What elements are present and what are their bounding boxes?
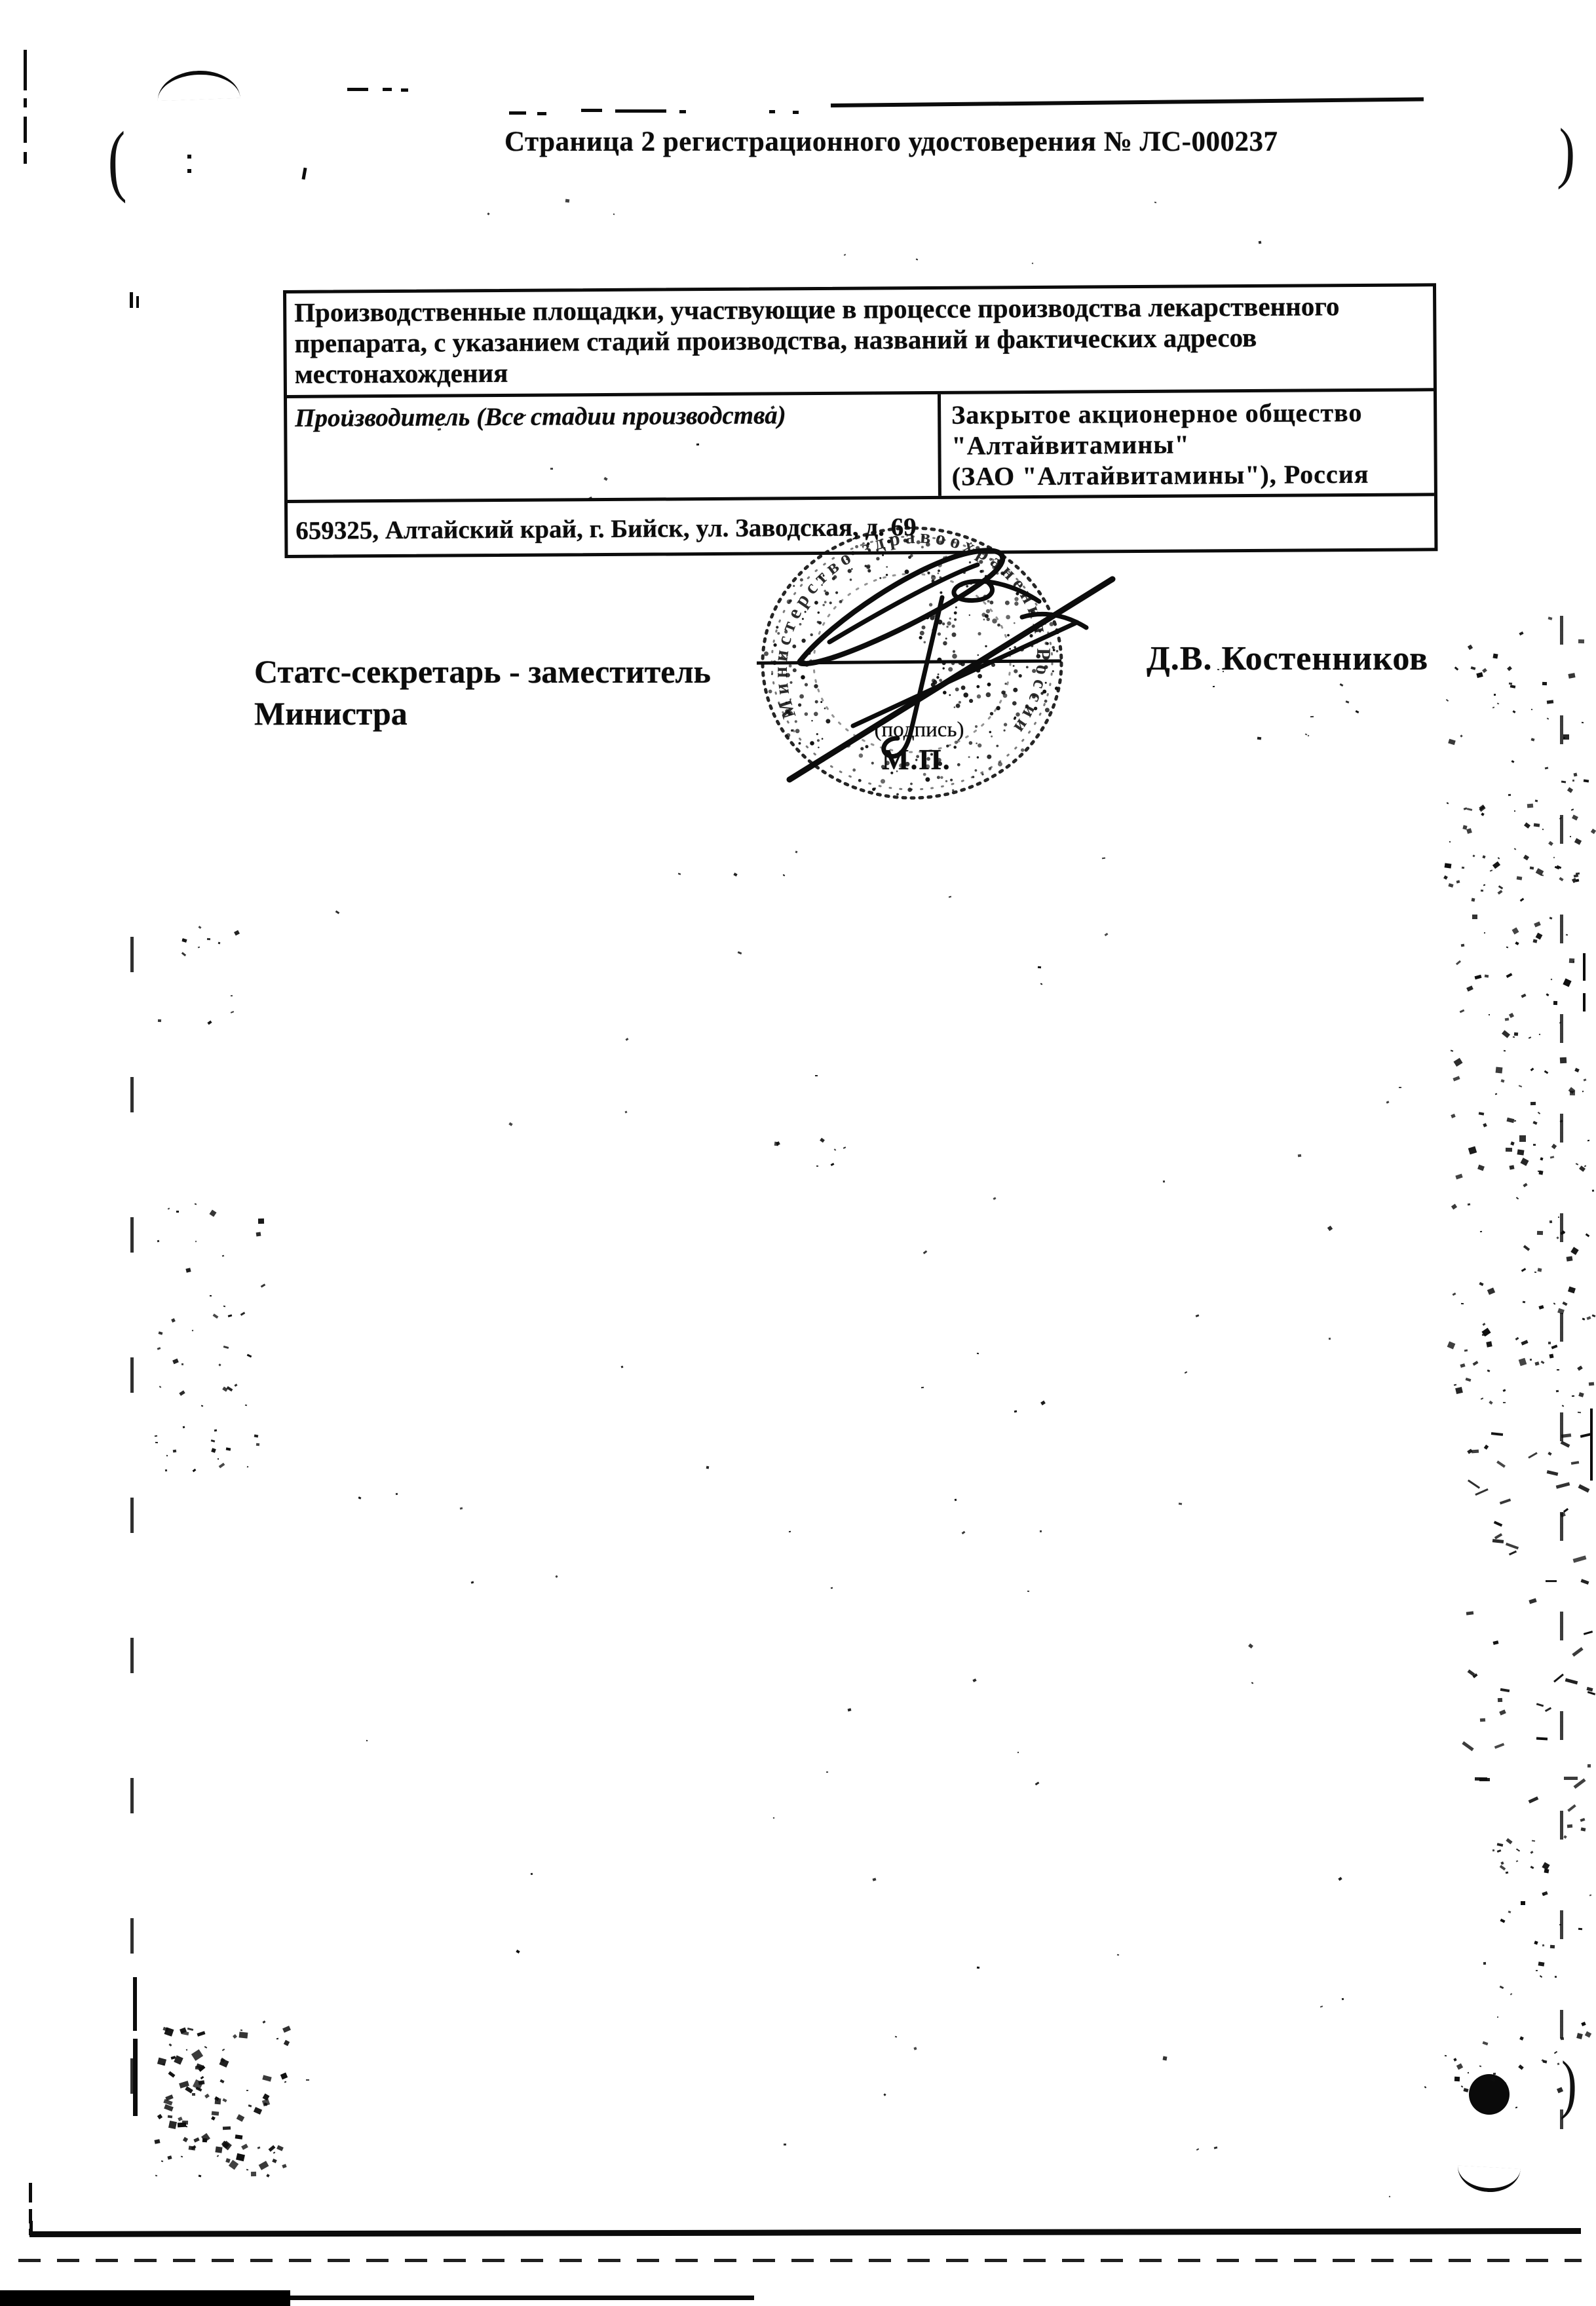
- scan-speck: [256, 1443, 259, 1446]
- scan-speck: [1529, 1598, 1536, 1604]
- scan-speck: [1555, 1976, 1557, 1978]
- scan-speck: [1562, 1405, 1565, 1407]
- scan-speck: [240, 1312, 246, 1315]
- scan-speck: [155, 1442, 158, 1443]
- scan-speck: [1519, 2036, 1524, 2041]
- scan-speck: [1497, 703, 1499, 705]
- scan-speck: [1534, 1361, 1539, 1365]
- scan-speck: [1533, 939, 1538, 943]
- scan-speck: [1454, 666, 1459, 670]
- scan-speck: [1456, 880, 1460, 883]
- scan-speck: [366, 1740, 368, 1742]
- scan-speck: [1496, 1460, 1506, 1467]
- scan-speck: [1483, 1962, 1486, 1965]
- scan-speck: [1563, 978, 1571, 987]
- scan-speck: [1468, 1203, 1471, 1206]
- scan-speck: [1500, 1986, 1504, 1989]
- scan-speck: [1553, 857, 1555, 859]
- scan-speck: [241, 2144, 248, 2150]
- scan-speck: [993, 1197, 997, 1200]
- scan-speck: [1548, 616, 1553, 620]
- scan-speck: [1532, 1121, 1537, 1125]
- scan-speck: [199, 2175, 202, 2178]
- scan-speck: [1538, 1170, 1543, 1175]
- scan-speck: [789, 1531, 791, 1532]
- scan-speck: [1573, 1555, 1587, 1562]
- scan-speck: [176, 1211, 179, 1213]
- scan-speck: [1468, 1479, 1480, 1488]
- scan-speck: [1561, 781, 1566, 784]
- scan-speck: [1446, 699, 1449, 702]
- scan-speck: [1466, 828, 1472, 834]
- scan-speck: [1481, 890, 1483, 892]
- scan-speck: [1506, 1872, 1509, 1874]
- scan-speck: [1346, 700, 1350, 704]
- scan-speck: [1557, 1369, 1559, 1370]
- scan-speck: [1040, 1530, 1042, 1532]
- scan-dash-segment: [383, 88, 392, 91]
- scan-speck: [1571, 808, 1574, 810]
- scan-speck: [1489, 1401, 1492, 1405]
- scan-speck: [1551, 1345, 1558, 1350]
- scan-speck: [284, 2040, 290, 2046]
- scan-speck: [913, 2047, 917, 2050]
- scan-speck: [1468, 1146, 1477, 1155]
- scan-speck: [1506, 973, 1513, 978]
- scan-speck: [187, 2028, 193, 2031]
- scan-speck: [280, 2073, 288, 2080]
- scan-speck: [1591, 829, 1596, 834]
- scan-speck: [1519, 1358, 1527, 1367]
- scan-speck: [1498, 885, 1504, 889]
- scan-speck: [531, 1873, 533, 1875]
- scan-speck: [1530, 1068, 1534, 1071]
- scan-speck: [1550, 1945, 1555, 1948]
- scan-speck: [1576, 873, 1580, 875]
- scan-speck: [843, 1146, 846, 1149]
- scan-speck: [276, 2038, 278, 2040]
- scan-dash-segment: [769, 110, 775, 113]
- scan-speck: [1549, 1220, 1552, 1223]
- scan-speck: [1551, 979, 1553, 981]
- scan-speck: [1493, 1640, 1499, 1645]
- scan-speck: [1217, 669, 1219, 670]
- scan-speck: [1547, 700, 1554, 704]
- scan-speck: [231, 995, 233, 996]
- scan-speck: [186, 2049, 188, 2051]
- scan-speck: [1547, 1470, 1559, 1476]
- scan-speck: [949, 896, 951, 898]
- scan-speck: [1461, 1303, 1464, 1304]
- scan-speck: [1014, 1410, 1017, 1413]
- scan-speck: [523, 414, 526, 416]
- scan-speck: [1453, 1058, 1462, 1067]
- scan-speck: [1521, 1268, 1527, 1272]
- scan-speck: [848, 1708, 852, 1711]
- scan-speck: [235, 2134, 243, 2139]
- scan-speck: [1506, 1838, 1512, 1844]
- scan-speck: [1389, 2196, 1391, 2198]
- scan-speck: [1582, 1317, 1586, 1320]
- scan-speck: [1529, 1796, 1539, 1804]
- scan-speck: [1509, 1013, 1514, 1018]
- scan-speck: [1451, 1049, 1453, 1051]
- scan-speck: [1460, 734, 1462, 737]
- scan-speck: [1586, 1234, 1590, 1238]
- scan-speck: [921, 1387, 924, 1388]
- scan-speck: [1105, 933, 1109, 936]
- scan-speck: [1587, 1140, 1589, 1142]
- scan-speck: [1560, 1512, 1566, 1517]
- scan-speck: [1566, 934, 1568, 936]
- scan-speck: [1534, 1940, 1538, 1944]
- scan-speck: [165, 1469, 167, 1471]
- scan-speck: [1519, 632, 1523, 635]
- scan-speck: [1515, 1337, 1519, 1340]
- scan-speck: [261, 1283, 266, 1287]
- scan-speck: [1533, 1144, 1536, 1146]
- scan-speck: [1572, 1647, 1583, 1657]
- scan-speck: [349, 409, 352, 413]
- scan-speck: [218, 942, 221, 945]
- scan-speck: [1589, 1382, 1594, 1386]
- scan-speck: [189, 2145, 196, 2150]
- scan-speck: [1483, 1323, 1486, 1326]
- scan-speck: [1567, 1824, 1572, 1828]
- scan-speck: [1456, 960, 1461, 965]
- scan-speck: [1580, 1818, 1586, 1822]
- scan-speck: [1540, 1975, 1542, 1978]
- scan-speck: [1539, 1034, 1540, 1035]
- scan-speck: [193, 2138, 199, 2143]
- scan-speck: [1494, 1533, 1502, 1540]
- scan-speck: [254, 1434, 259, 1437]
- scan-speck: [1563, 734, 1569, 740]
- scan-speck: [1498, 1698, 1502, 1702]
- scan-speck: [1035, 1782, 1040, 1786]
- scan-speck: [1453, 2058, 1456, 2061]
- scan-speck: [181, 2031, 189, 2035]
- scan-speck: [1479, 1112, 1485, 1115]
- scan-speck: [1560, 1120, 1563, 1123]
- scan-speck: [157, 2058, 166, 2066]
- scan-speck: [1491, 1432, 1503, 1436]
- scan-speck: [1492, 861, 1500, 869]
- scan-speck: [155, 2175, 157, 2177]
- scan-speck: [1483, 884, 1486, 886]
- scan-speck: [198, 947, 200, 949]
- scan-speck: [1471, 666, 1476, 670]
- scan-speck: [1546, 993, 1549, 996]
- scan-speck: [164, 2104, 174, 2111]
- scan-speck: [550, 468, 553, 470]
- scan-speck: [1494, 1521, 1502, 1526]
- scan-speck: [1530, 867, 1534, 870]
- scan-speck: [240, 2030, 242, 2032]
- scan-speck: [1561, 2037, 1564, 2040]
- scan-speck: [1520, 1158, 1529, 1166]
- scan-speck: [1521, 1340, 1528, 1346]
- scan-speck: [923, 1250, 928, 1254]
- scan-speck: [1541, 1361, 1545, 1364]
- scan-speck: [1466, 985, 1473, 991]
- scan-speck: [233, 2034, 237, 2039]
- scan-speck: [1534, 823, 1540, 827]
- scan-speck: [1556, 1390, 1559, 1393]
- scan-speck: [1517, 876, 1523, 880]
- scan-speck: [1356, 710, 1359, 713]
- scan-speck: [555, 1575, 558, 1578]
- scan-speck: [1102, 858, 1105, 860]
- scan-speck: [1568, 1287, 1576, 1294]
- scan-speck: [179, 1390, 185, 1396]
- scan-speck: [1453, 1076, 1460, 1081]
- scan-speck: [1487, 1287, 1495, 1295]
- scan-speck: [1492, 653, 1498, 658]
- scan-speck: [228, 1314, 233, 1317]
- scan-speck: [1538, 1268, 1542, 1272]
- scan-speck: [1563, 1835, 1567, 1839]
- scan-speck: [1460, 1363, 1465, 1368]
- scan-speck: [222, 1255, 224, 1257]
- scan-speck: [1557, 2063, 1560, 2066]
- scan-speck: [1483, 1123, 1487, 1127]
- scan-speck: [1495, 1093, 1498, 1095]
- scan-speck: [1040, 983, 1043, 985]
- scan-speck: [1496, 1067, 1503, 1074]
- scan-dash-segment: [615, 109, 666, 113]
- scan-speck: [1308, 735, 1310, 737]
- scan-speck: [200, 2076, 204, 2079]
- scan-speck: [773, 1817, 775, 1819]
- scan-speck: [168, 2115, 172, 2119]
- scan-speck: [1587, 1764, 1591, 1767]
- scan-speck: [1504, 2082, 1507, 2085]
- scan-speck: [185, 1268, 191, 1273]
- scan-speck: [1572, 815, 1578, 821]
- scan-speck: [834, 1148, 837, 1150]
- scan-speck: [158, 1019, 161, 1022]
- scan-dash-segment: [24, 152, 27, 164]
- scan-speck: [1536, 1703, 1544, 1707]
- scan-speck: [1453, 1293, 1456, 1296]
- scan-speck: [213, 1314, 219, 1319]
- scan-speck: [1576, 2033, 1583, 2039]
- scan-speck: [1504, 1050, 1506, 1051]
- scan-speck: [1531, 738, 1535, 741]
- scan-speck: [1506, 946, 1509, 948]
- scan-speck: [1581, 2022, 1586, 2026]
- scan-speck: [603, 477, 607, 481]
- scan-speck: [1542, 682, 1547, 685]
- scan-speck: [1567, 1256, 1573, 1261]
- scan-speck: [696, 444, 699, 445]
- scan-speck: [1589, 1895, 1592, 1897]
- scan-speck: [1572, 780, 1574, 782]
- scan-speck: [1516, 1848, 1520, 1851]
- scan-speck: [1538, 1305, 1544, 1310]
- scan-speck: [1536, 1737, 1548, 1741]
- scan-speck: [1523, 1301, 1525, 1303]
- scan-speck: [1500, 1688, 1510, 1692]
- scan-speck: [1320, 2005, 1323, 2007]
- scan-speck: [1553, 1001, 1557, 1005]
- scan-speck: [1556, 1236, 1559, 1239]
- scan-speck: [154, 2139, 160, 2144]
- scan-speck: [1584, 1165, 1587, 1167]
- scan-speck: [1558, 1217, 1559, 1218]
- scan-speck: [1475, 975, 1482, 979]
- scan-speck: [1584, 1631, 1593, 1635]
- scan-speck: [245, 1405, 247, 1406]
- scan-speck: [273, 2151, 276, 2153]
- scan-speck: [1561, 1433, 1571, 1438]
- scan-speck: [157, 1240, 160, 1243]
- scan-speck: [1542, 829, 1544, 831]
- scan-speck: [247, 1354, 252, 1358]
- scan-speck: [1538, 1961, 1545, 1966]
- scan-speck: [1455, 1174, 1462, 1180]
- scan-speck: [1492, 707, 1495, 709]
- scan-speck: [211, 1448, 216, 1453]
- scan-speck: [266, 2174, 269, 2177]
- scan-speck: [1484, 932, 1485, 934]
- scan-speck: [1553, 1674, 1564, 1683]
- scan-speck: [1486, 1341, 1492, 1347]
- scan-speck: [1544, 1070, 1549, 1074]
- scan-speck: [251, 2172, 256, 2176]
- scan-speck: [1592, 1190, 1594, 1192]
- scan-speck: [1154, 202, 1156, 204]
- scan-speck: [1449, 841, 1451, 843]
- scan-speck: [1468, 645, 1473, 650]
- scan-speck: [1482, 668, 1487, 673]
- scan-speck: [195, 1203, 197, 1205]
- scan-speck: [1570, 1091, 1575, 1095]
- scan-speck: [215, 2146, 222, 2153]
- scan-speck: [1310, 716, 1314, 717]
- scan-speck: [276, 2145, 284, 2151]
- scan-speck: [1574, 773, 1578, 777]
- scan-speck: [1506, 1118, 1514, 1123]
- scan-speck: [1472, 898, 1475, 902]
- scan-speck: [223, 2126, 231, 2130]
- scan-speck: [1536, 1970, 1538, 1971]
- scan-speck: [183, 1426, 185, 1429]
- scan-speck: [1500, 1865, 1506, 1871]
- scan-speck: [219, 2079, 224, 2083]
- scan-speck: [181, 2156, 183, 2158]
- scan-speck: [1578, 639, 1584, 643]
- scan-speck: [831, 1587, 833, 1589]
- scan-speck: [1500, 1498, 1511, 1504]
- scan-speck: [1482, 855, 1485, 858]
- scan-speck: [1473, 1361, 1479, 1366]
- scan-speck: [1578, 1928, 1582, 1931]
- scan-speck: [223, 1346, 229, 1349]
- scan-noise-layer: [0, 0, 1596, 2306]
- scan-speck: [1530, 1866, 1534, 1869]
- scan-speck: [1543, 2060, 1548, 2063]
- scan-speck: [207, 938, 210, 940]
- scan-speck: [1485, 975, 1489, 978]
- scan-speck: [1570, 1247, 1578, 1255]
- scan-speck: [1476, 672, 1483, 678]
- scan-speck: [1498, 857, 1500, 859]
- scan-speck: [1548, 1452, 1551, 1456]
- scan-speck: [1259, 241, 1262, 244]
- scan-speck: [1514, 1032, 1518, 1036]
- scan-speck: [1559, 1924, 1561, 1925]
- scan-speck: [1545, 1707, 1551, 1712]
- scan-speck: [356, 423, 360, 426]
- scan-speck: [1461, 944, 1465, 947]
- scan-speck: [168, 2121, 177, 2129]
- scan-speck: [1505, 1018, 1510, 1021]
- scan-speck: [219, 1463, 225, 1469]
- scan-speck: [1196, 2148, 1199, 2151]
- scan-speck: [795, 851, 798, 854]
- scan-speck: [1455, 1387, 1463, 1394]
- scan-speck: [192, 2093, 195, 2096]
- scan-speck: [508, 1122, 512, 1126]
- scan-speck: [1549, 917, 1553, 919]
- scan-speck: [1548, 841, 1553, 846]
- scan-speck: [199, 926, 202, 929]
- scan-dash-segment: [24, 117, 27, 143]
- scan-speck: [166, 1455, 168, 1457]
- scan-dash-segment: [29, 2229, 32, 2235]
- scan-speck: [1492, 1539, 1504, 1543]
- scan-speck: [204, 2046, 207, 2049]
- scan-speck: [1497, 1843, 1504, 1847]
- scan-speck: [1557, 2087, 1563, 2094]
- scan-speck: [977, 1353, 979, 1354]
- scan-speck: [1399, 1087, 1401, 1088]
- scan-speck: [706, 1466, 710, 1469]
- scan-speck: [272, 2159, 276, 2163]
- scan-speck: [218, 1458, 219, 1460]
- scan-speck: [1507, 666, 1512, 671]
- scan-speck: [770, 406, 774, 409]
- scan-speck: [1462, 1741, 1473, 1751]
- scan-speck: [256, 1232, 261, 1237]
- scan-speck: [1561, 1441, 1570, 1448]
- scan-speck: [815, 1075, 818, 1076]
- scan-speck: [1581, 1827, 1586, 1831]
- scan-speck: [201, 1405, 204, 1407]
- scan-speck: [1466, 1378, 1472, 1382]
- scan-speck: [204, 2094, 210, 2099]
- scan-speck: [234, 930, 240, 936]
- scan-speck: [1574, 1068, 1580, 1072]
- scan-speck: [1448, 739, 1456, 746]
- scan-speck: [1524, 822, 1530, 829]
- scan-speck: [1464, 1350, 1468, 1352]
- scan-speck: [1500, 1919, 1505, 1923]
- scan-speck: [157, 1347, 161, 1350]
- scan-speck: [1560, 1057, 1567, 1064]
- scan-speck: [1536, 933, 1543, 940]
- scan-speck: [1508, 1910, 1511, 1913]
- scan-speck: [774, 1142, 779, 1146]
- scan-speck: [873, 1878, 877, 1881]
- scan-speck: [211, 2116, 216, 2121]
- scan-speck: [895, 2036, 897, 2038]
- scan-speck: [844, 254, 846, 255]
- scan-speck: [214, 1429, 217, 1432]
- scan-speck: [1490, 869, 1492, 871]
